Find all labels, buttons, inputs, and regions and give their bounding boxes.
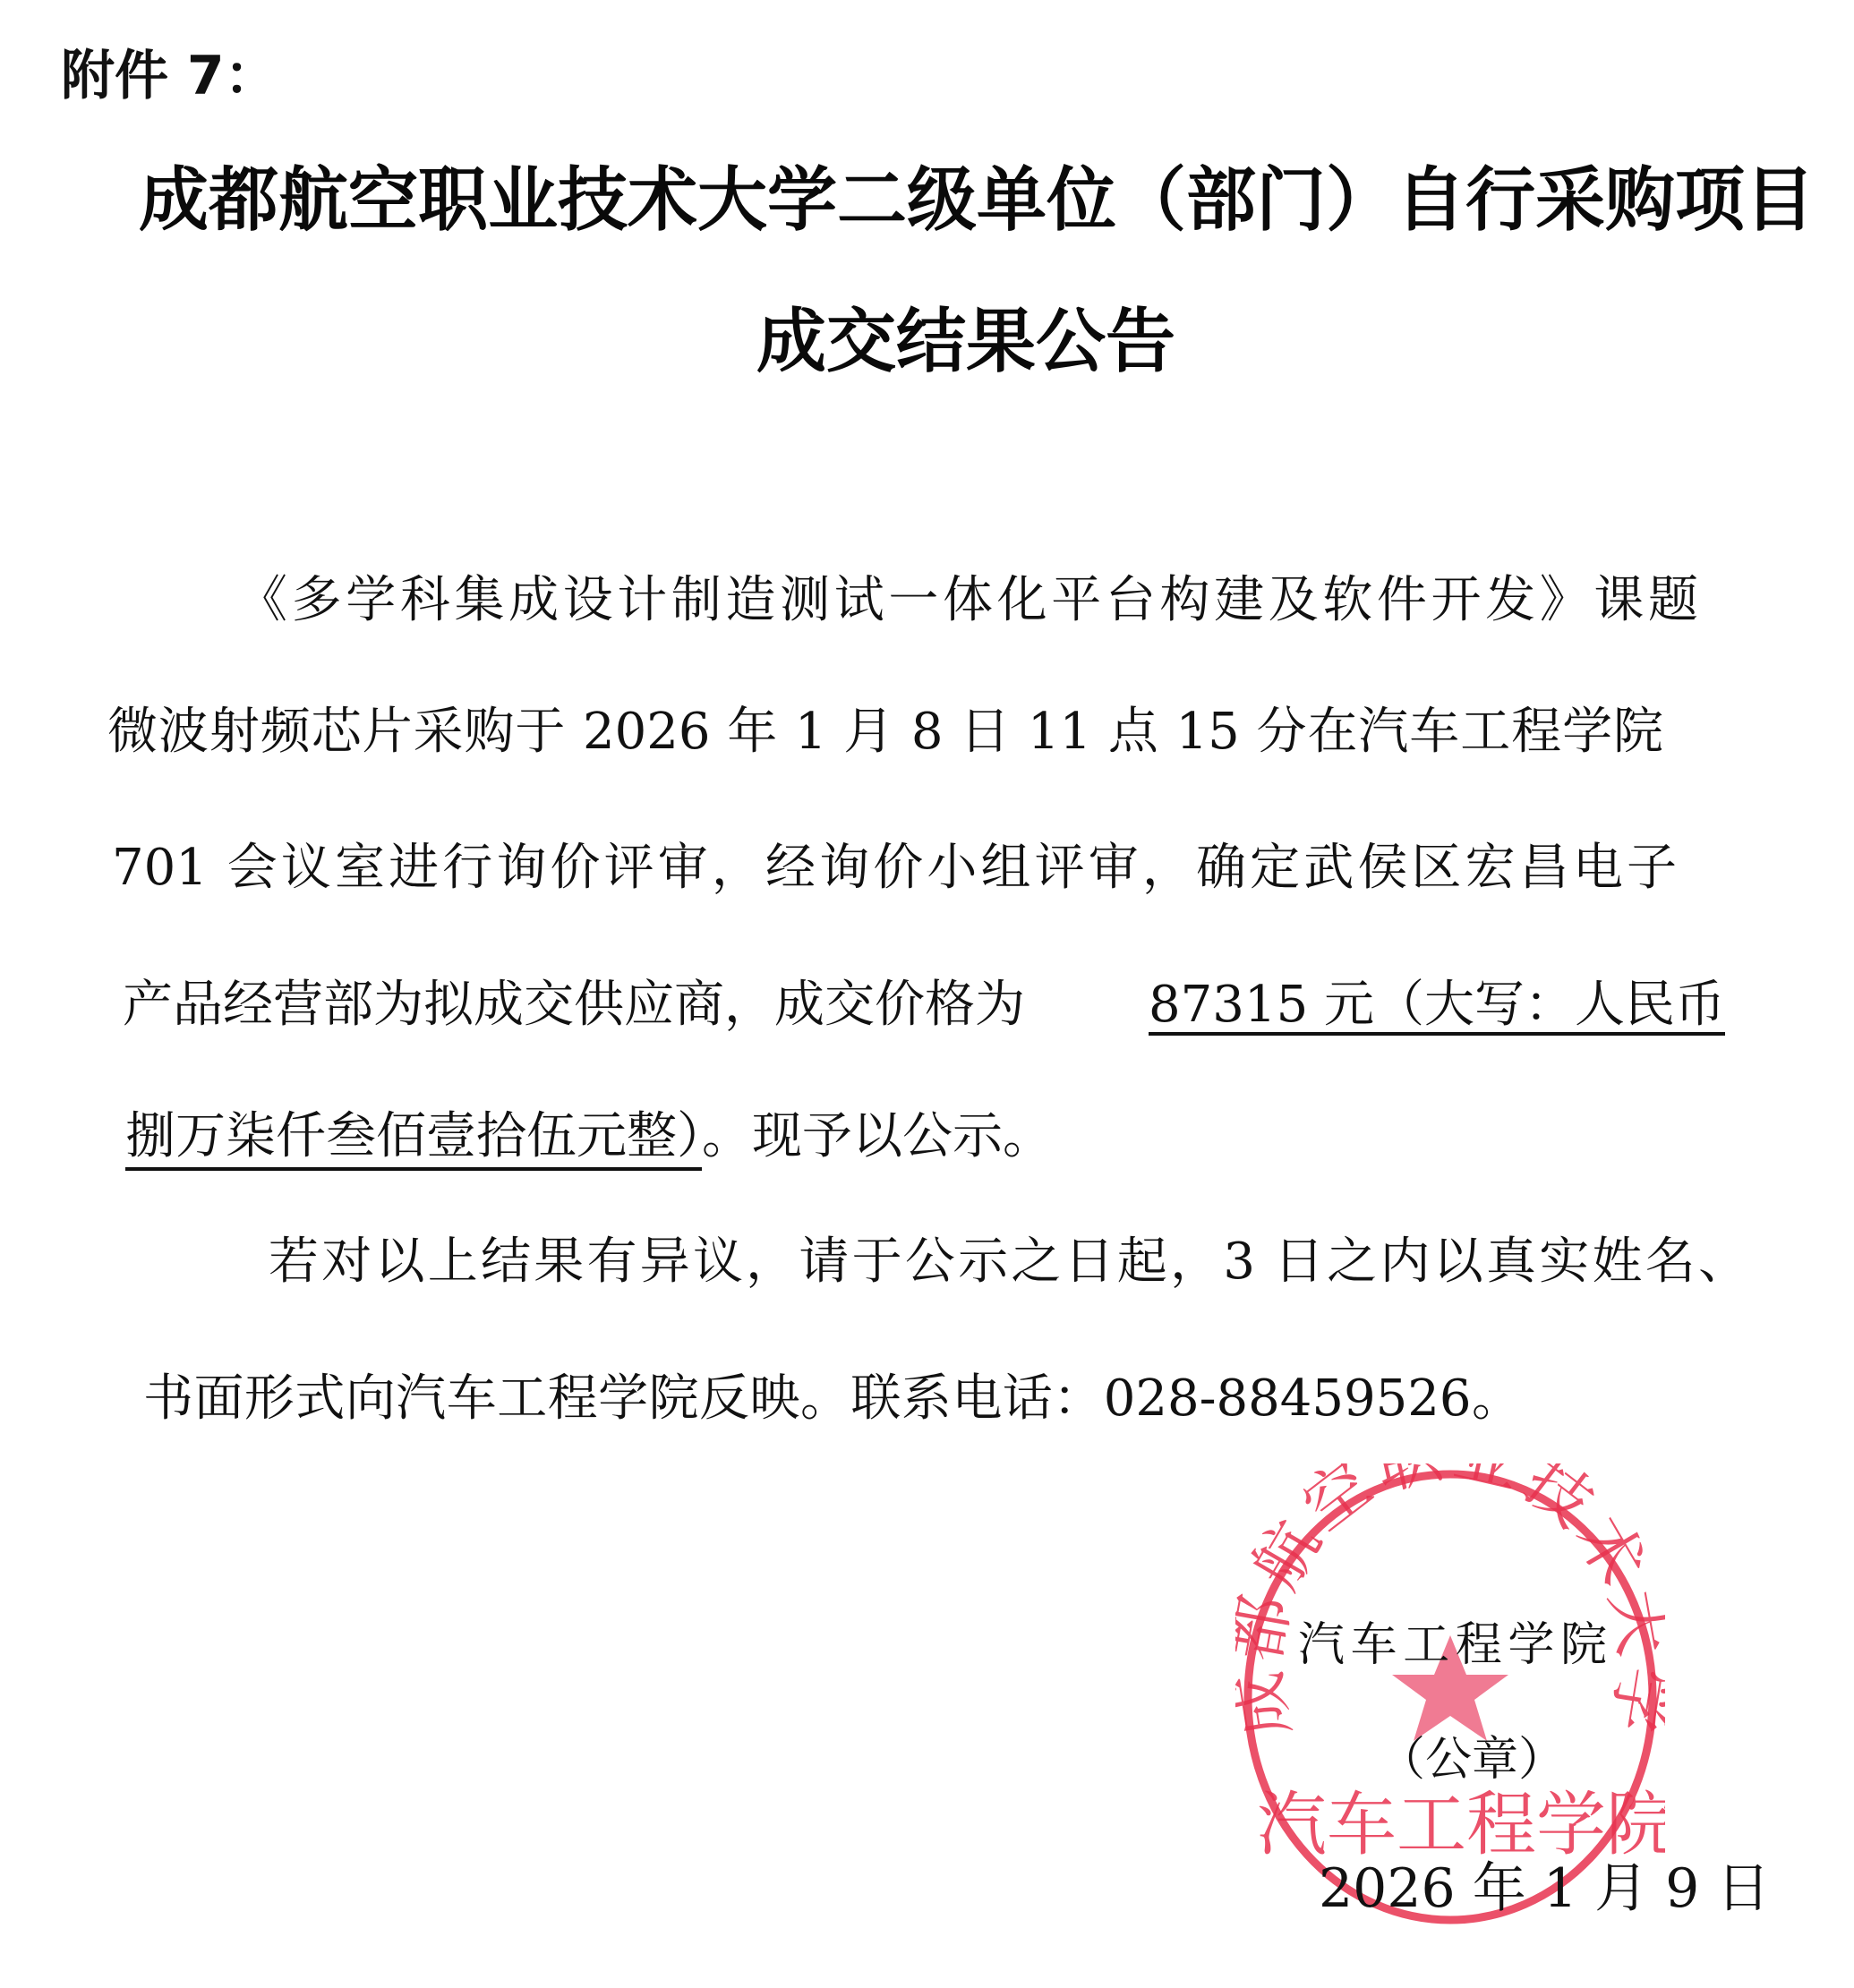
signature-date: 2026 年 1 月 9 日 (1319, 1862, 1687, 1915)
paragraph-1-line-3: 701 会议室进行询价评审，经询价小组评审，确定武侯区宏昌电子 (112, 843, 1677, 893)
seal-outer-text: 成都航空职业技术大学 (1235, 1463, 1665, 1743)
paragraph-1-line-4: 产品经营部为拟成交供应商，成交价格为 87315 元（大写：人民币 (123, 980, 1725, 1036)
price-underlined-part-1: 87315 元（大写：人民币 (1149, 980, 1725, 1036)
paragraph-1-line-1: 《多学科集成设计制造测试一体化平台构建及软件开发》课题 (237, 576, 1698, 626)
award-intro-text: 产品经营部为拟成交供应商，成交价格为 (123, 980, 1025, 1036)
paragraph-1-line-5: 捌万柒仟叁佰壹拾伍元整）。现予以公示。 (125, 1112, 1137, 1162)
signature-organization: 汽车工程学院 (1298, 1622, 1607, 1668)
signature-seal-note: （公章） (1379, 1736, 1540, 1783)
attachment-label: 附件 7： (61, 49, 264, 108)
price-underlined-part-2: 捌万柒仟叁佰壹拾伍元整） (125, 1107, 702, 1171)
title-line-2: 成交结果公告 (756, 307, 1132, 377)
paragraph-2-line-2: 书面形式向汽车工程学院反映。联系电话：028-88459526。 (143, 1374, 1522, 1424)
paragraph-2-line-1: 若对以上结果有异议，请于公示之日起，3 日之内以真实姓名、 (269, 1237, 1748, 1287)
title-line-1: 成都航空职业技术大学二级单位（部门）自行采购项目 (139, 166, 1683, 235)
seal-inner-text: 汽车工程学院 (1257, 1785, 1665, 1865)
announcement-closing-text: 。现予以公示。 (702, 1107, 1053, 1165)
svg-text:成都航空职业技术大学: 成都航空职业技术大学 (1235, 1463, 1665, 1743)
paragraph-1-line-2: 微波射频芯片采购于 2026 年 1 月 8 日 11 点 15 分在汽车工程学… (107, 707, 1663, 757)
